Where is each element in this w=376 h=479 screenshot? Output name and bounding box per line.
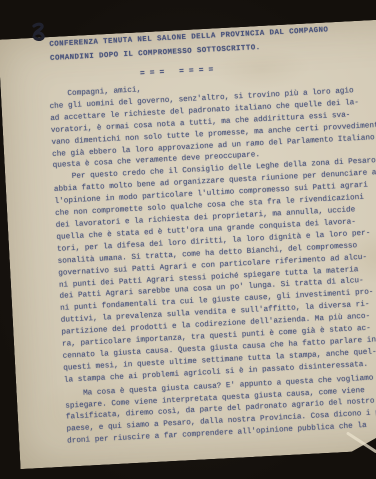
handwritten-mark-icon [30, 22, 46, 41]
document-body: Compagni, amici,che gli uomini del gover… [49, 72, 376, 449]
typed-content: CONFERENZA TENUTA NEL SALONE DELLA PROVI… [46, 20, 376, 449]
document-page: CONFERENZA TENUTA NEL SALONE DELLA PROVI… [0, 17, 376, 469]
photo-background: CONFERENZA TENUTA NEL SALONE DELLA PROVI… [0, 0, 376, 479]
